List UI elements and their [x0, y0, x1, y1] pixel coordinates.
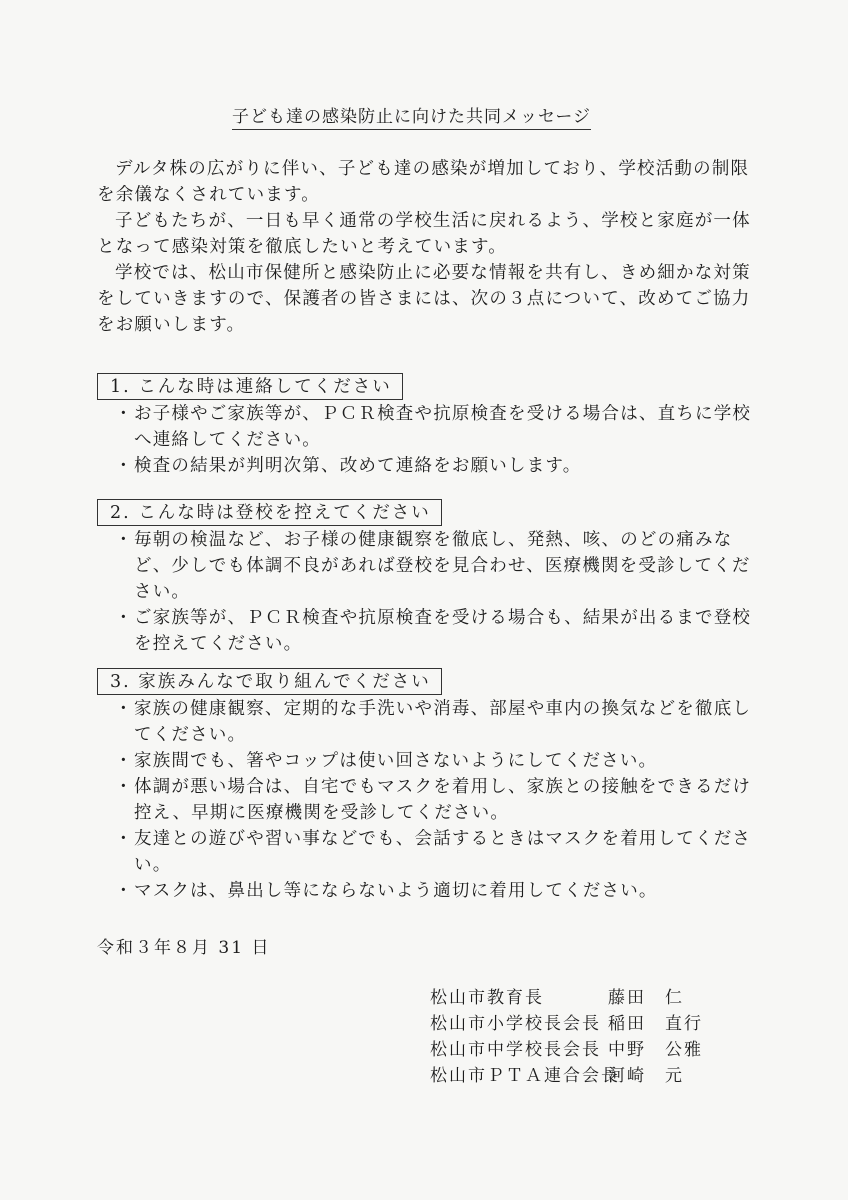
list-item: ・友達との遊びや習い事などでも、会話するときはマスクを着用してください。 [114, 826, 754, 878]
list-item: ・毎朝の検温など、お子様の健康観察を徹底し、発熱、咳、のどの痛みなど、少しでも体… [114, 527, 754, 605]
bullet-icon: ・ [114, 453, 134, 479]
signer-name: 稲田 直行 [608, 1011, 703, 1037]
bullet-icon: ・ [114, 826, 134, 852]
signature-block: 松山市教育長藤田 仁 松山市小学校長会長稲田 直行 松山市中学校長会長中野 公雅… [430, 985, 703, 1089]
signer-row: 松山市小学校長会長稲田 直行 [430, 1011, 703, 1037]
bullet-icon: ・ [114, 527, 134, 553]
section-items-stay-home: ・毎朝の検温など、お子様の健康観察を徹底し、発熱、咳、のどの痛みなど、少しでも体… [114, 527, 754, 657]
document-page: 子ども達の感染防止に向けた共同メッセージ デルタ株の広がりに伴い、子ども達の感染… [0, 0, 848, 1200]
signer-row: 松山市ＰＴＡ連合会長河崎 元 [430, 1063, 703, 1089]
signer-title: 松山市教育長 [430, 985, 608, 1011]
list-item: ・家族間でも、箸やコップは使い回さないようにしてください。 [114, 748, 754, 774]
section-heading-stay-home: 2. こんな時は登校を控えてください [97, 499, 442, 526]
signer-title: 松山市ＰＴＡ連合会長 [430, 1063, 608, 1089]
intro-paragraph: 子どもたちが、一日も早く通常の学校生活に戻れるよう、学校と家庭が一体となって感染… [97, 208, 757, 260]
signer-row: 松山市中学校長会長中野 公雅 [430, 1037, 703, 1063]
list-item: ・家族の健康観察、定期的な手洗いや消毒、部屋や車内の換気などを徹底してください。 [114, 696, 754, 748]
section-heading-family: 3. 家族みんなで取り組んでください [97, 668, 442, 695]
signer-name: 河崎 元 [608, 1063, 684, 1089]
list-item: ・ご家族等が、ＰＣＲ検査や抗原検査を受ける場合も、結果が出るまで登校を控えてくだ… [114, 605, 754, 657]
issue-date: 令和３年８月 31 日 [97, 933, 270, 958]
document-title: 子ども達の感染防止に向けた共同メッセージ [232, 102, 591, 130]
list-item: ・お子様やご家族等が、ＰＣＲ検査や抗原検査を受ける場合は、直ちに学校へ連絡してく… [114, 401, 754, 453]
bullet-icon: ・ [114, 605, 134, 631]
signer-name: 藤田 仁 [608, 985, 684, 1011]
list-item: ・体調が悪い場合は、自宅でもマスクを着用し、家族との接触をできるだけ控え、早期に… [114, 774, 754, 826]
bullet-icon: ・ [114, 401, 134, 427]
list-item: ・検査の結果が判明次第、改めて連絡をお願いします。 [114, 453, 754, 479]
bullet-icon: ・ [114, 774, 134, 800]
signer-title: 松山市中学校長会長 [430, 1037, 608, 1063]
signer-title: 松山市小学校長会長 [430, 1011, 608, 1037]
intro-paragraph: 学校では、松山市保健所と感染防止に必要な情報を共有し、きめ細かな対策をしていきま… [97, 260, 757, 338]
list-item: ・マスクは、鼻出し等にならないよう適切に着用してください。 [114, 878, 754, 904]
intro-paragraphs: デルタ株の広がりに伴い、子ども達の感染が増加しており、学校活動の制限を余儀なくさ… [97, 156, 757, 338]
signer-name: 中野 公雅 [608, 1037, 703, 1063]
bullet-icon: ・ [114, 878, 134, 904]
section-items-family: ・家族の健康観察、定期的な手洗いや消毒、部屋や車内の換気などを徹底してください。… [114, 696, 754, 904]
bullet-icon: ・ [114, 696, 134, 722]
intro-paragraph: デルタ株の広がりに伴い、子ども達の感染が増加しており、学校活動の制限を余儀なくさ… [97, 156, 757, 208]
section-items-contact: ・お子様やご家族等が、ＰＣＲ検査や抗原検査を受ける場合は、直ちに学校へ連絡してく… [114, 401, 754, 479]
section-heading-contact: 1. こんな時は連絡してください [97, 373, 403, 400]
bullet-icon: ・ [114, 748, 134, 774]
signer-row: 松山市教育長藤田 仁 [430, 985, 703, 1011]
